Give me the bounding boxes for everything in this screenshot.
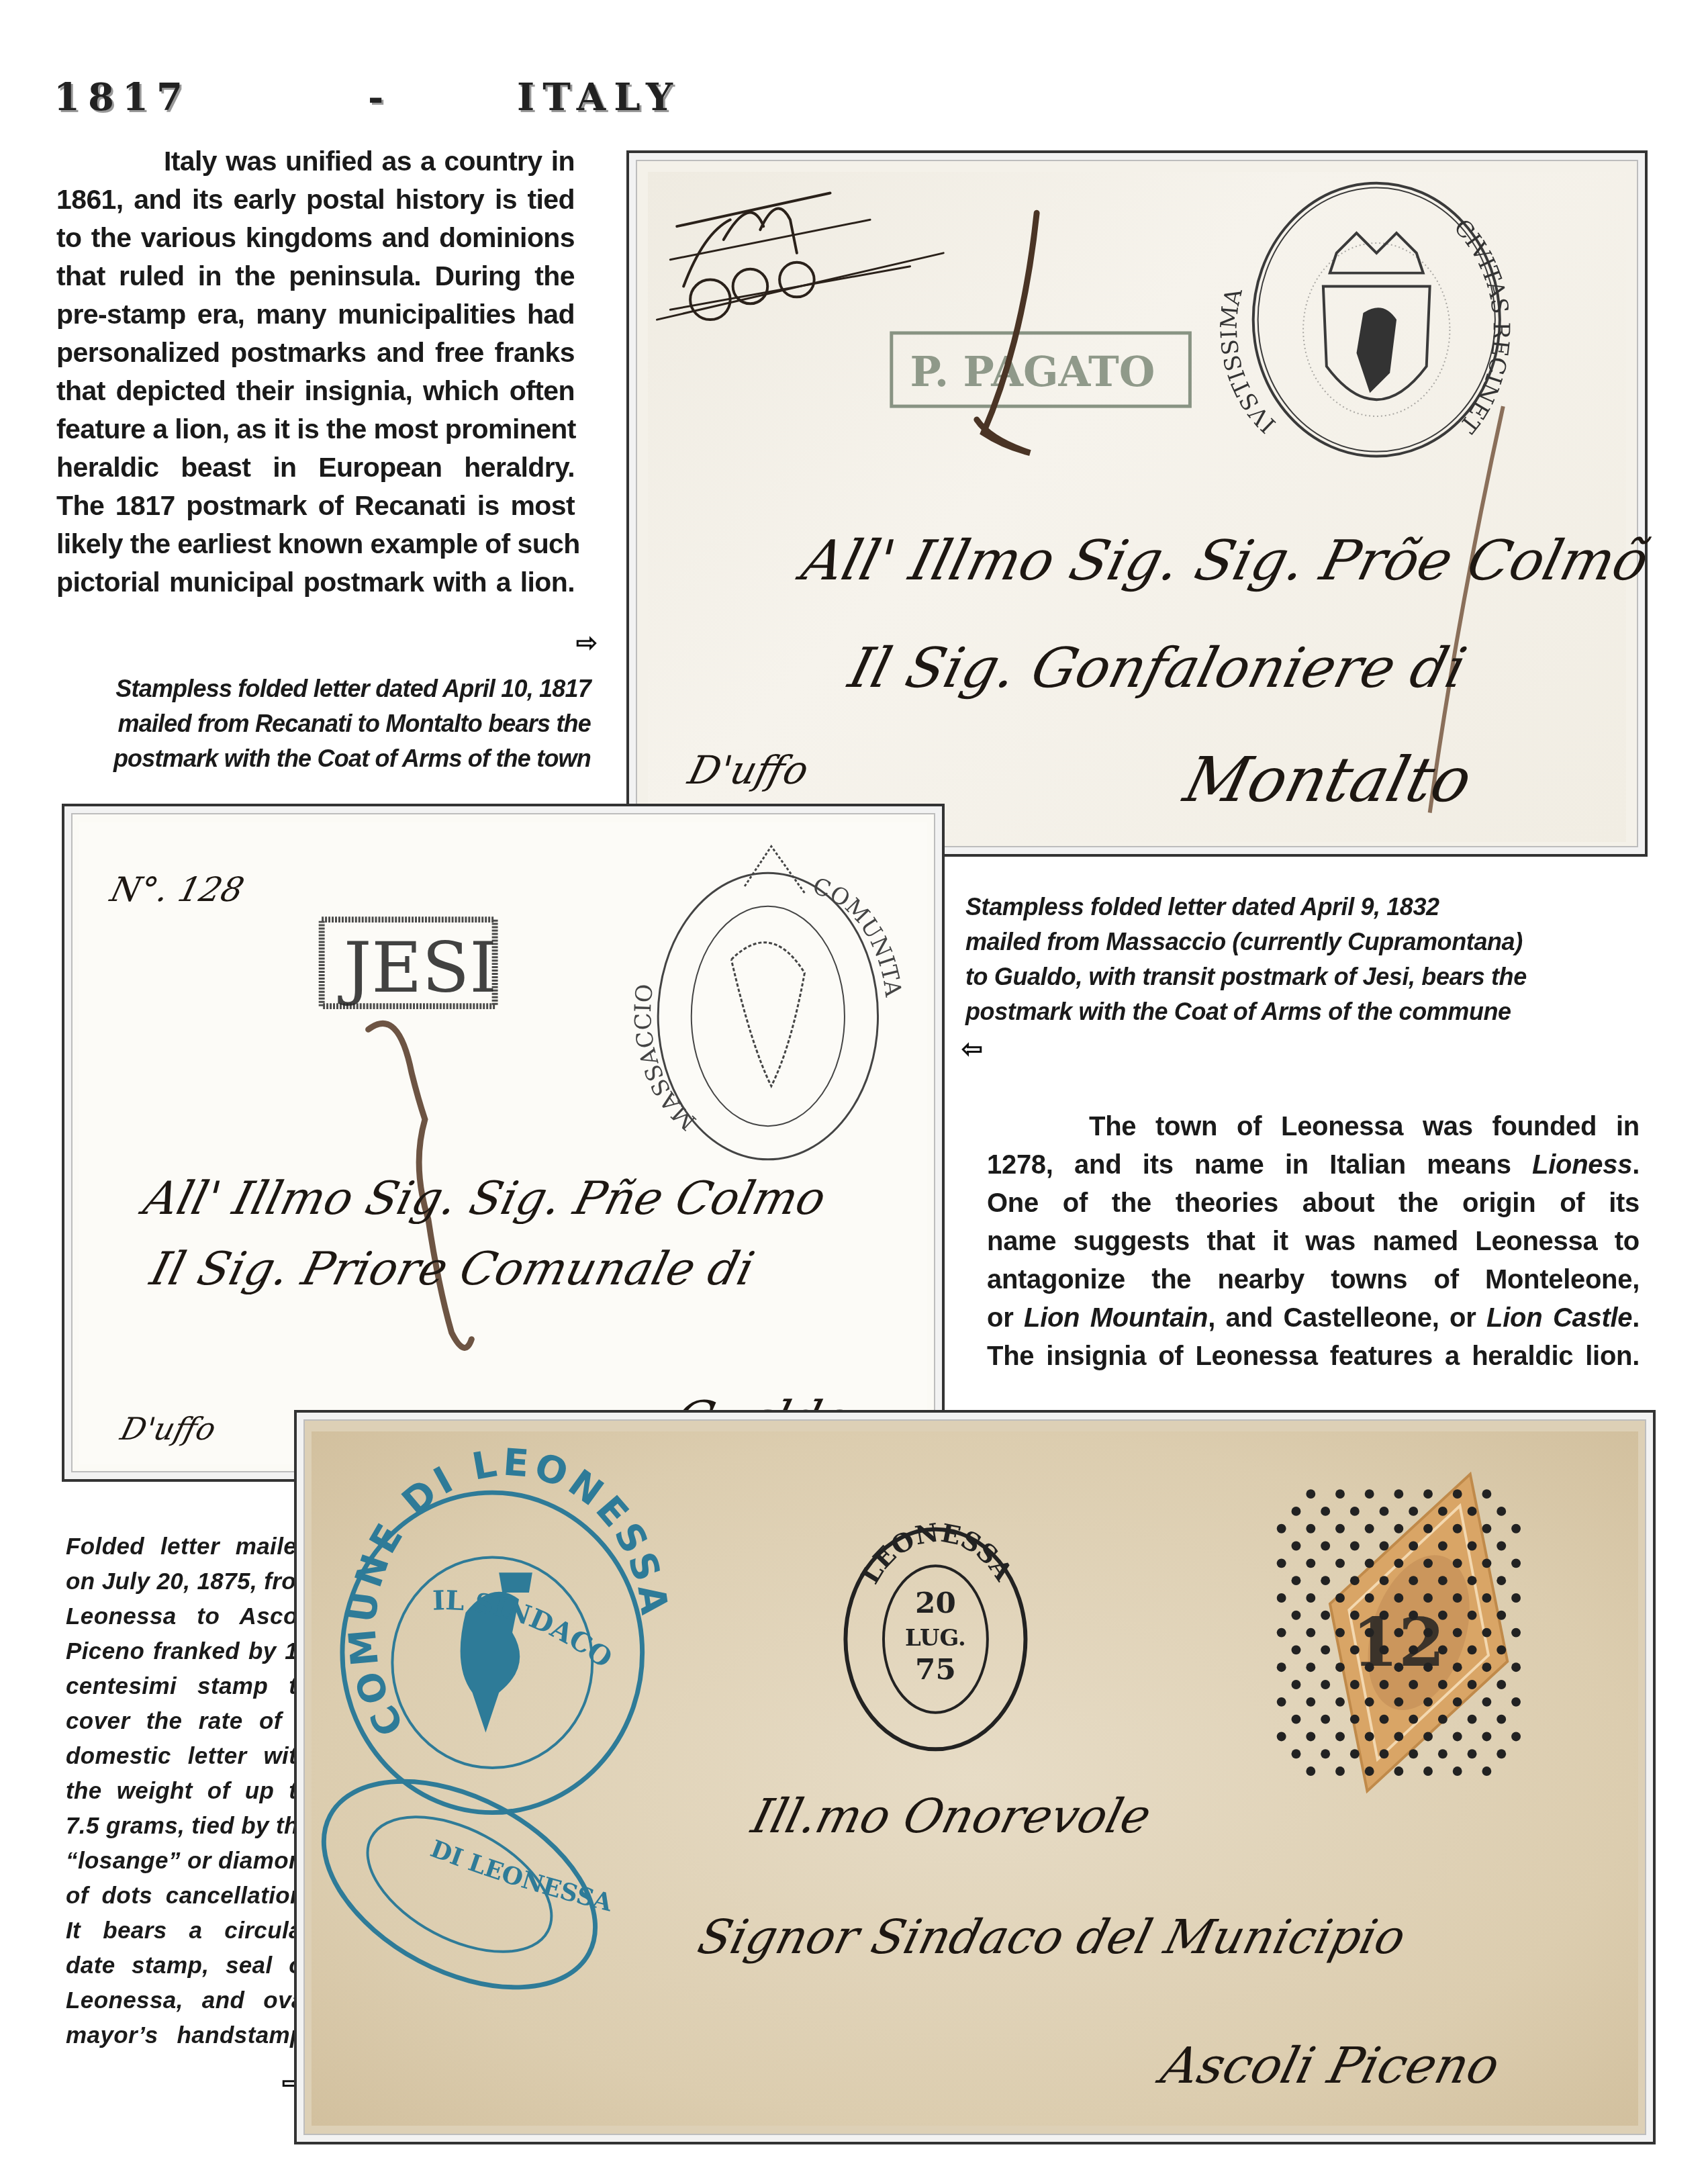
caption-line: cover the rate of a xyxy=(66,1704,312,1739)
address-destination: Montalto xyxy=(1178,744,1479,816)
left-arrow-icon: ⇦ xyxy=(961,1034,983,1064)
cancel-number: 12 xyxy=(1352,1604,1445,1682)
address-line: All' Illmo Sig. Sig. Prõe Colmõ xyxy=(796,529,1655,593)
caption-line: mayor’s handstamp. xyxy=(66,2018,312,2053)
letter-leonessa-1875: COMUNE DI LEONESSA LEONESSA 20 LUG. 75 1… xyxy=(294,1410,1656,2144)
paragraph-line: or Lion Mountain, and Castelleone, or Li… xyxy=(987,1299,1640,1337)
caption-line: domestic letter with xyxy=(66,1739,312,1774)
address-line: All' Illmo Sig. Sig. Pñe Colmo xyxy=(138,1172,831,1225)
right-arrow-icon: ⇨ xyxy=(576,628,598,658)
caption-line: Stampless folded letter dated April 10, … xyxy=(64,671,591,706)
caption-line: “losange” or diamond xyxy=(66,1844,312,1879)
paragraph-line: antagonize the nearby towns of Monteleon… xyxy=(987,1261,1640,1299)
title-separator: - xyxy=(368,75,391,120)
address-line: Signor Sindaco del Municipio xyxy=(693,1909,1411,1965)
address-line: Il Sig. Gonfaloniere di xyxy=(843,636,1472,700)
caption-line: to Gualdo, with transit postmark of Jesi… xyxy=(965,959,1570,994)
letter-3-markings: COMUNE DI LEONESSA LEONESSA 20 LUG. 75 1… xyxy=(297,1413,1653,2142)
intro-line: likely the earliest known example of suc… xyxy=(56,525,575,563)
address-destination: Ascoli Piceno xyxy=(1155,2037,1505,2095)
paragraph-line: 1278, and its name in Italian means Lion… xyxy=(987,1146,1640,1184)
cds-day: 20 xyxy=(915,1586,956,1620)
address-line: Ill.mo Onorevole xyxy=(747,1789,1157,1844)
intro-line: The 1817 postmark of Recanati is most xyxy=(56,487,575,525)
caption-line: It bears a circular xyxy=(66,1914,312,1948)
oval-top-text: IL SINDACO xyxy=(432,1585,618,1674)
letter-recanati-1817: P. PAGATO CIVITAS RECINETI IVSTISSIMA Al… xyxy=(626,150,1648,857)
intro-line: to the various kingdoms and dominions xyxy=(56,219,575,257)
cds-month: LUG. xyxy=(905,1624,966,1651)
leonessa-paragraph: The town of Leonessa was founded in1278,… xyxy=(987,1108,1640,1376)
caption-line: postmark with the Coat of Arms of the to… xyxy=(64,741,591,776)
transit-mark-jesi: JESI xyxy=(338,928,497,1008)
caption-line: the weight of up to xyxy=(66,1774,312,1809)
sender-mark: D'uffo xyxy=(684,747,814,793)
boxed-mark-text: P. PAGATO xyxy=(910,347,1155,396)
caption-line: Stampless folded letter dated April 9, 1… xyxy=(965,890,1570,925)
title-year: 1817 xyxy=(54,75,191,120)
title-country: ITALY xyxy=(517,75,681,120)
address-line: Il Sig. Priore Comunale di xyxy=(145,1243,759,1296)
intro-line: 1861, and its early postal history is ti… xyxy=(56,181,575,219)
intro-line: that ruled in the peninsula. During the xyxy=(56,257,575,295)
caption-line: of dots cancellation. xyxy=(66,1879,312,1914)
oval-bottom-text: DI LEONESSA xyxy=(427,1834,616,1917)
postmark-text-left: MASSACCIO xyxy=(630,983,702,1135)
postmark-text-left: IVSTISSIMA xyxy=(1215,285,1280,438)
caption-line: Leonessa to Ascoli xyxy=(66,1599,312,1634)
sender-mark: D'uffo xyxy=(117,1411,220,1447)
caption-letter-1832: Stampless folded letter dated April 9, 1… xyxy=(965,890,1570,1029)
caption-line: Piceno franked by 10 xyxy=(66,1634,312,1669)
intro-line: feature a lion, as it is the most promin… xyxy=(56,410,575,448)
caption-letter-1817: Stampless folded letter dated April 10, … xyxy=(64,671,591,776)
caption-line: centesimi stamp to xyxy=(66,1669,312,1704)
caption-letter-1875: Folded letter mailed on July 20, 1875, f… xyxy=(66,1529,312,2053)
caption-line: date stamp, seal of xyxy=(66,1948,312,1983)
intro-line: that depicted their insignia, which ofte… xyxy=(56,372,575,410)
intro-line: Italy was unified as a country in xyxy=(56,142,575,181)
intro-paragraph: Italy was unified as a country in 1861, … xyxy=(56,142,575,602)
paragraph-line: The town of Leonessa was founded in xyxy=(987,1108,1640,1146)
caption-line: on July 20, 1875, from xyxy=(66,1564,312,1599)
caption-line: 7.5 grams, tied by the xyxy=(66,1809,312,1844)
intro-line: personalized postmarks and free franks xyxy=(56,334,575,372)
paragraph-line: One of the theories about the origin of … xyxy=(987,1184,1640,1223)
paragraph-line: The insignia of Leonessa features a hera… xyxy=(987,1337,1640,1376)
caption-line: Folded letter mailed xyxy=(66,1529,312,1564)
intro-line: heraldic beast in European heraldry. xyxy=(56,448,575,487)
caption-line: postmark with the Coat of Arms of the co… xyxy=(965,994,1570,1029)
number-mark: N°. 128 xyxy=(107,870,248,909)
letter-massaccio-1832: JESI MASSACCIO COMUNITA N°. 128 All' Ill… xyxy=(62,804,945,1482)
caption-line: mailed from Recanati to Montalto bears t… xyxy=(64,706,591,741)
caption-line: mailed from Massaccio (currently Cupramo… xyxy=(965,925,1570,959)
paragraph-line: name suggests that it was named Leonessa… xyxy=(987,1223,1640,1261)
caption-line: Leonessa, and oval xyxy=(66,1983,312,2018)
cds-town: LEONESSA xyxy=(855,1517,1019,1589)
intro-line: pictorial municipal postmark with a lion… xyxy=(56,563,575,602)
intro-line: pre-stamp era, many municipalities had xyxy=(56,295,575,334)
cds-year: 75 xyxy=(915,1652,956,1687)
